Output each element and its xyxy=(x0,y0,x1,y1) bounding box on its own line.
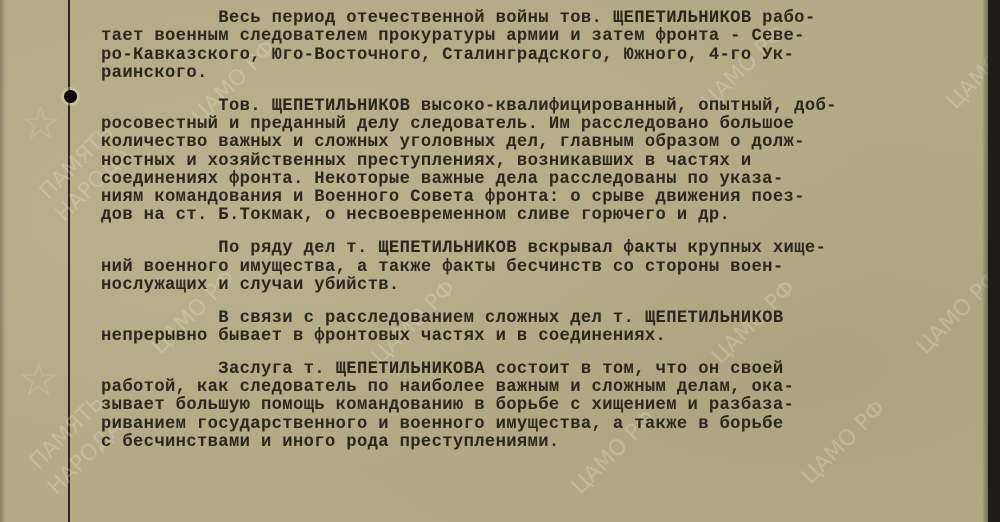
text-line: соединениях фронта. Некоторые важные дел… xyxy=(101,171,976,189)
text-line: нослужащих и случаи убийств. xyxy=(101,277,976,295)
text-line: По ряду дел т. ЩЕПЕТИЛЬНИКОВ вскрывал фа… xyxy=(101,240,976,258)
text-line: с бесчинствами и иного рода преступления… xyxy=(101,434,976,452)
text-line: работой, как следователь по наиболее важ… xyxy=(101,379,976,397)
text-line: раинского. xyxy=(101,65,976,83)
paragraph-merit: Заслуга т. ЩЕПЕТИЛЬНИКОВА состоит в том,… xyxy=(101,361,976,452)
document-body: Весь период отечественной войны тов. ЩЕП… xyxy=(101,10,976,467)
text-line: ностных и хозяйственных преступлениях, в… xyxy=(101,153,976,171)
text-line: ниям командования и Военного Совета фрон… xyxy=(101,189,976,207)
margin-rule xyxy=(68,0,70,522)
text-line: В связи с расследованием сложных дел т. … xyxy=(101,310,976,328)
text-line: Весь период отечественной войны тов. ЩЕП… xyxy=(101,10,976,28)
text-line: ний военного имущества, а также факты бе… xyxy=(101,259,976,277)
paragraph-qualification: Тов. ЩЕПЕТИЛЬНИКОВ высоко-квалифицирован… xyxy=(101,98,976,226)
text-line: непрерывно бывает в фронтовых частях и в… xyxy=(101,328,976,346)
paragraph-service-period: Весь период отечественной войны тов. ЩЕП… xyxy=(101,10,976,83)
text-line: ро-Кавказского, Юго-Восточного, Сталингр… xyxy=(101,47,976,65)
punch-hole xyxy=(64,90,77,103)
text-line: росовестный и преданный делу следователь… xyxy=(101,116,976,134)
text-line: зывает большую помощь командованию в бор… xyxy=(101,397,976,415)
star-icon: ☆ xyxy=(18,352,59,406)
text-line: дов на ст. Б.Токмак, о несвоевременном с… xyxy=(101,207,976,225)
text-line: Заслуга т. ЩЕПЕТИЛЬНИКОВА состоит в том,… xyxy=(101,361,976,379)
paragraph-field-work: В связи с расследованием сложных дел т. … xyxy=(101,310,976,347)
text-line: Тов. ЩЕПЕТИЛЬНИКОВ высоко-квалифицирован… xyxy=(101,98,976,116)
text-line: риванием государственного и военного иму… xyxy=(101,416,976,434)
text-line: количество важных и сложных уголовных де… xyxy=(101,134,976,152)
text-line: тает военным следователем прокуратуры ар… xyxy=(101,28,976,46)
scan-edge-right xyxy=(988,0,1000,522)
scan-edge-left xyxy=(0,0,6,522)
margin-label-area: ДЛЯ ПОД xyxy=(36,0,66,200)
paragraph-cases: По ряду дел т. ЩЕПЕТИЛЬНИКОВ вскрывал фа… xyxy=(101,240,976,295)
